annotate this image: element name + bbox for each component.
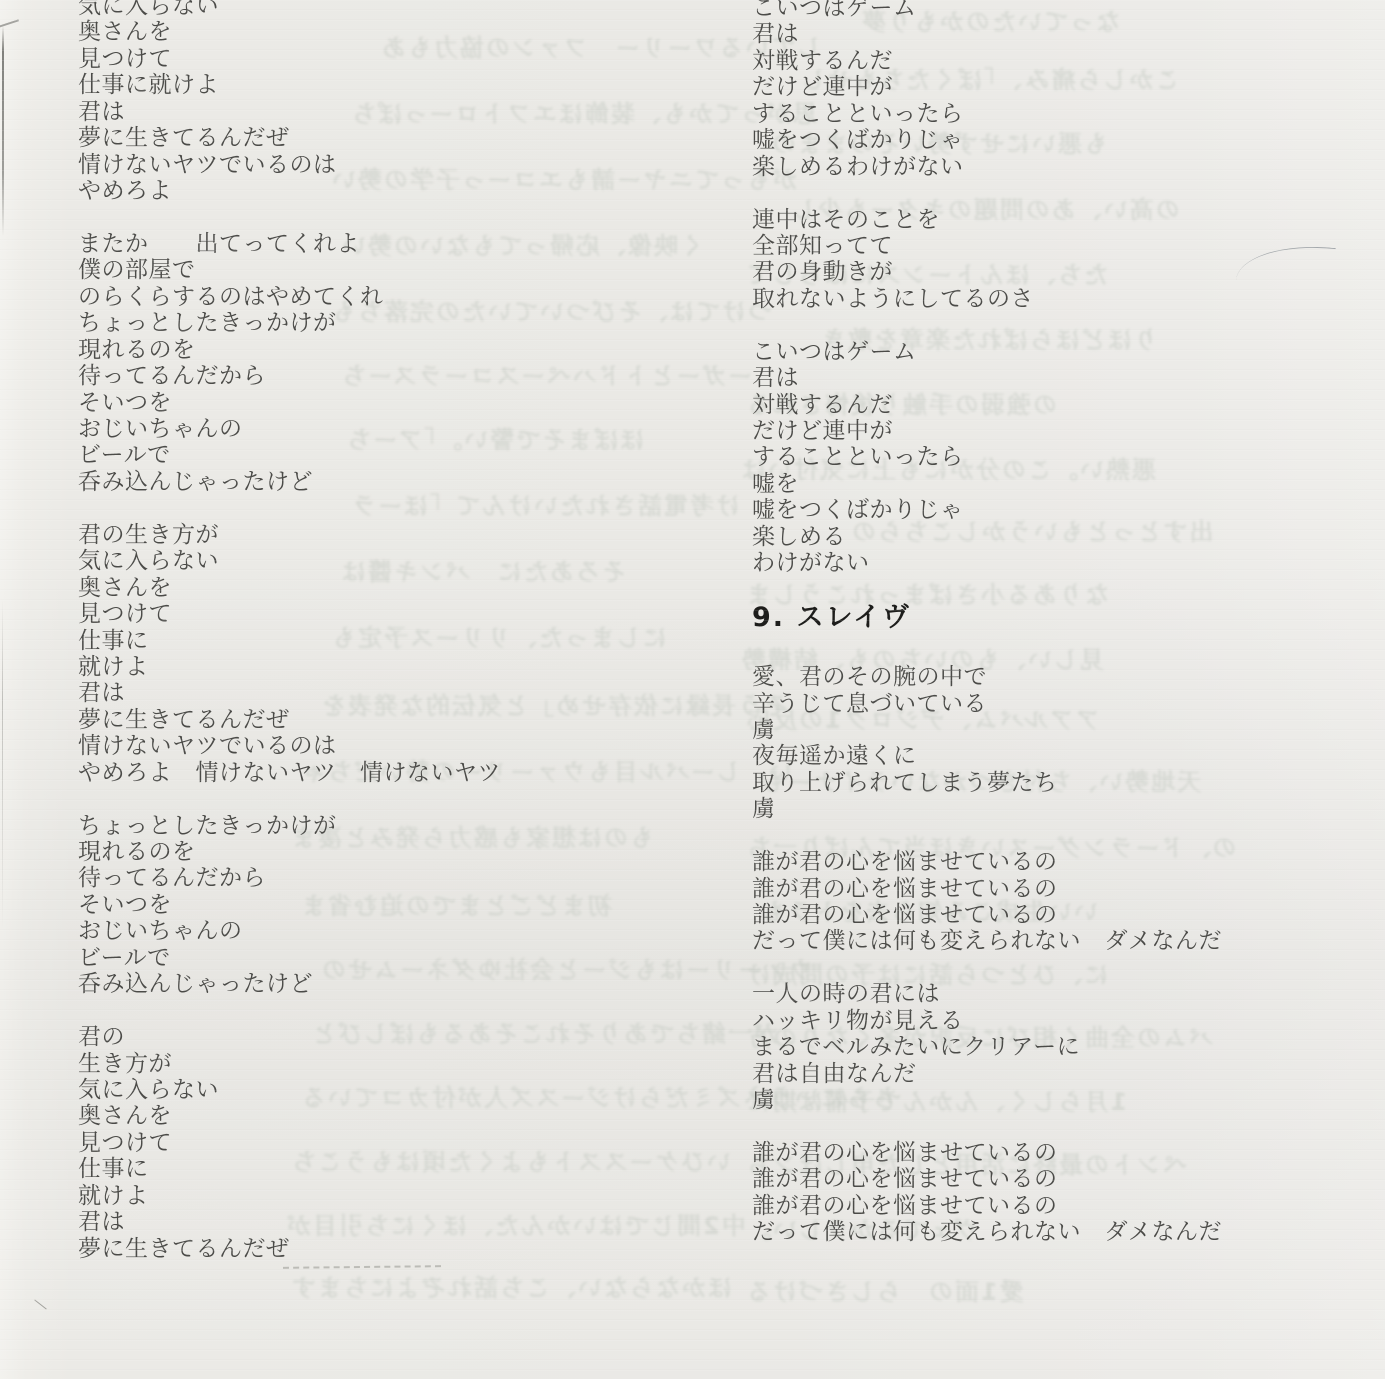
lyric-stanza: ちょっとしたきっかけが現れるのを待ってるんだからそいつをおじいちゃんのビールで呑… [78, 813, 678, 998]
lyric-line: こいつはゲーム [752, 339, 1385, 365]
lyric-stanza: こいつはゲーム君は対戦するんだだけど連中がすることといったら嘘を嘘をつくばかりじ… [752, 339, 1385, 577]
lyric-line: またか 出てってくれよ [78, 231, 678, 257]
lyric-line: やめろよ 情けないヤツ 情けないヤツ [78, 760, 678, 786]
scan-edge-crease-lower [2, 600, 3, 930]
lyric-stanza: 一人の時の君にはハッキリ物が見えるまるでベルみたいにクリアーに君は自由なんだ虜 [752, 981, 1385, 1113]
showthrough-text: 愛1面の らしさづける [745, 1272, 1024, 1307]
lyric-line: 奥さんを [78, 575, 678, 601]
lyric-line: 君は [78, 680, 678, 706]
track-heading: 9. スレイヴ [752, 603, 1385, 633]
lyric-line: 嘘を [752, 471, 1385, 497]
lyric-line: 君は自由なんだ [752, 1061, 1385, 1087]
lyric-line: 取れないようにしてるのさ [752, 286, 1385, 312]
lyric-line: 君の生き方が [78, 522, 678, 548]
lyric-line: 夢に生きてるんだぜ [78, 125, 678, 151]
lyric-line: そいつを [78, 892, 678, 918]
lyric-line: まるでベルみたいにクリアーに [752, 1034, 1385, 1060]
lyric-line: 仕事に [78, 1156, 678, 1182]
lyric-line: 気に入らない [78, 548, 678, 574]
lyric-line: ビールで [78, 442, 678, 468]
lyric-line: 誰が君の心を悩ませているの [752, 849, 1385, 875]
lyric-line: することといったら [752, 444, 1385, 470]
lyric-line: 嘘をつくばかりじゃ [752, 497, 1385, 523]
lyric-line: 一人の時の君には [752, 981, 1385, 1007]
lyric-line: 嘘をつくばかりじゃ [752, 127, 1385, 153]
lyric-line: そいつを [78, 390, 678, 416]
lyric-line: 虜 [752, 1087, 1385, 1113]
lyric-stanza: 君の生き方が気に入らない奥さんを見つけて仕事に就けよ君は夢に生きてるんだぜ [78, 1024, 678, 1262]
lyric-line: こいつはゲーム [752, 0, 1385, 21]
scan-edge-crease [2, 26, 4, 236]
lyric-line: 君は [752, 21, 1385, 47]
lyric-line: ちょっとしたきっかけが [78, 310, 678, 336]
lyric-line: 誰が君の心を悩ませているの [752, 1166, 1385, 1192]
lyric-line: 待ってるんだから [78, 865, 678, 891]
lyric-line: ビールで [78, 945, 678, 971]
lyric-line: 愛、君のその腕の中で [752, 664, 1385, 690]
lyric-line: することといったら [752, 101, 1385, 127]
lyric-line: やめろよ [78, 178, 678, 204]
lyric-line: 誰が君の心を悩ませているの [752, 902, 1385, 928]
lyric-line: 呑み込んじゃったけど [78, 971, 678, 997]
lyric-line: 誰が君の心を悩ませているの [752, 876, 1385, 902]
lyric-line: 連中はそのことを [752, 207, 1385, 233]
lyric-line: 誰が君の心を悩ませているの [752, 1193, 1385, 1219]
lyric-line: 生き方が [78, 1051, 678, 1077]
lyric-line: 仕事に [78, 628, 678, 654]
lyric-line: わけがない [752, 550, 1385, 576]
lyric-line: 対戦するんだ [752, 392, 1385, 418]
lyric-line: 就けよ [78, 654, 678, 680]
lyric-line: 待ってるんだから [78, 363, 678, 389]
lyric-line: 見つけて [78, 46, 678, 72]
lyric-stanza: 愛、君のその腕の中で辛うじて息づいている虜夜毎遥か遠くに取り上げられてしまう夢た… [752, 664, 1385, 823]
lyric-line: 誰が君の心を悩ませているの [752, 1140, 1385, 1166]
lyric-line: 仕事に就けよ [78, 72, 678, 98]
lyric-line: 情けないヤツでいるのは [78, 733, 678, 759]
lyric-line: 楽しめる [752, 524, 1385, 550]
lyric-stanza: 誰が君の心を悩ませているの誰が君の心を悩ませているの誰が君の心を悩ませているのだ… [752, 1140, 1385, 1246]
lyric-line: のらくらするのはやめてくれ [78, 284, 678, 310]
lyric-line: 僕の部屋で [78, 257, 678, 283]
lyric-line: 就けよ [78, 1183, 678, 1209]
lyric-line: 辛うじて息づいている [752, 691, 1385, 717]
lyric-line: 気に入らない [78, 1077, 678, 1103]
lyric-line: 君は [752, 365, 1385, 391]
lyric-line: ハッキリ物が見える [752, 1008, 1385, 1034]
right-column-bottom-stanzas: 愛、君のその腕の中で辛うじて息づいている虜夜毎遥か遠くに取り上げられてしまう夢た… [752, 664, 1385, 1246]
lyric-line: 現れるのを [78, 337, 678, 363]
right-lyrics-column: こいつはゲーム君は対戦するんだだけど連中がすることといったら嘘をつくばかりじゃ楽… [752, 0, 1385, 1272]
lyric-line: 現れるのを [78, 839, 678, 865]
lyric-line: 君は [78, 1209, 678, 1235]
lyric-line: 奥さんを [78, 1103, 678, 1129]
lyric-stanza: またか 出てってくれよ僕の部屋でのらくらするのはやめてくれちょっとしたきっかけが… [78, 231, 678, 495]
lyric-line: 対戦するんだ [752, 48, 1385, 74]
lyric-line: ちょっとしたきっかけが [78, 813, 678, 839]
lyric-line: だって僕には何も変えられない ダメなんだ [752, 928, 1385, 954]
lyric-stanza: 君の生き方が気に入らない奥さんを見つけて仕事に就けよ君は夢に生きてるんだぜ情けな… [78, 522, 678, 786]
lyric-line: 楽しめるわけがない [752, 154, 1385, 180]
left-lyrics-column: 気に入らない奥さんを見つけて仕事に就けよ君は夢に生きてるんだぜ情けないヤツでいる… [78, 0, 678, 1288]
lyric-line: 夢に生きてるんだぜ [78, 707, 678, 733]
lyric-line: 呑み込んじゃったけど [78, 469, 678, 495]
lyric-line: おじいちゃんの [78, 416, 678, 442]
booklet-page: { "colors":{ "paper":"#eae9e5","paper_li… [0, 0, 1385, 1379]
lyric-stanza: 気に入らない奥さんを見つけて仕事に就けよ君は夢に生きてるんだぜ情けないヤツでいる… [78, 0, 678, 205]
lyric-line: 夢に生きてるんだぜ [78, 1236, 678, 1262]
lyric-line: だけど連中が [752, 74, 1385, 100]
lyric-line: 見つけて [78, 601, 678, 627]
lyric-line: だって僕には何も変えられない ダメなんだ [752, 1219, 1385, 1245]
lyric-line: 君の [78, 1024, 678, 1050]
lyric-line: 奥さんを [78, 19, 678, 45]
lyric-line: 虜 [752, 796, 1385, 822]
lyric-line: 君は [78, 99, 678, 125]
lyric-line: だけど連中が [752, 418, 1385, 444]
lyric-line: 虜 [752, 717, 1385, 743]
lyric-stanza: 誰が君の心を悩ませているの誰が君の心を悩ませているの誰が君の心を悩ませているのだ… [752, 849, 1385, 955]
lyric-line: 情けないヤツでいるのは [78, 152, 678, 178]
lyric-line: 取り上げられてしまう夢たち [752, 770, 1385, 796]
lyric-line: 夜毎遥か遠くに [752, 743, 1385, 769]
lyric-line: 見つけて [78, 1130, 678, 1156]
lyric-line: おじいちゃんの [78, 918, 678, 944]
lyric-line: 気に入らない [78, 0, 678, 19]
right-column-top-stanzas: こいつはゲーム君は対戦するんだだけど連中がすることといったら嘘をつくばかりじゃ楽… [752, 0, 1385, 577]
lyric-stanza: こいつはゲーム君は対戦するんだだけど連中がすることといったら嘘をつくばかりじゃ楽… [752, 0, 1385, 180]
